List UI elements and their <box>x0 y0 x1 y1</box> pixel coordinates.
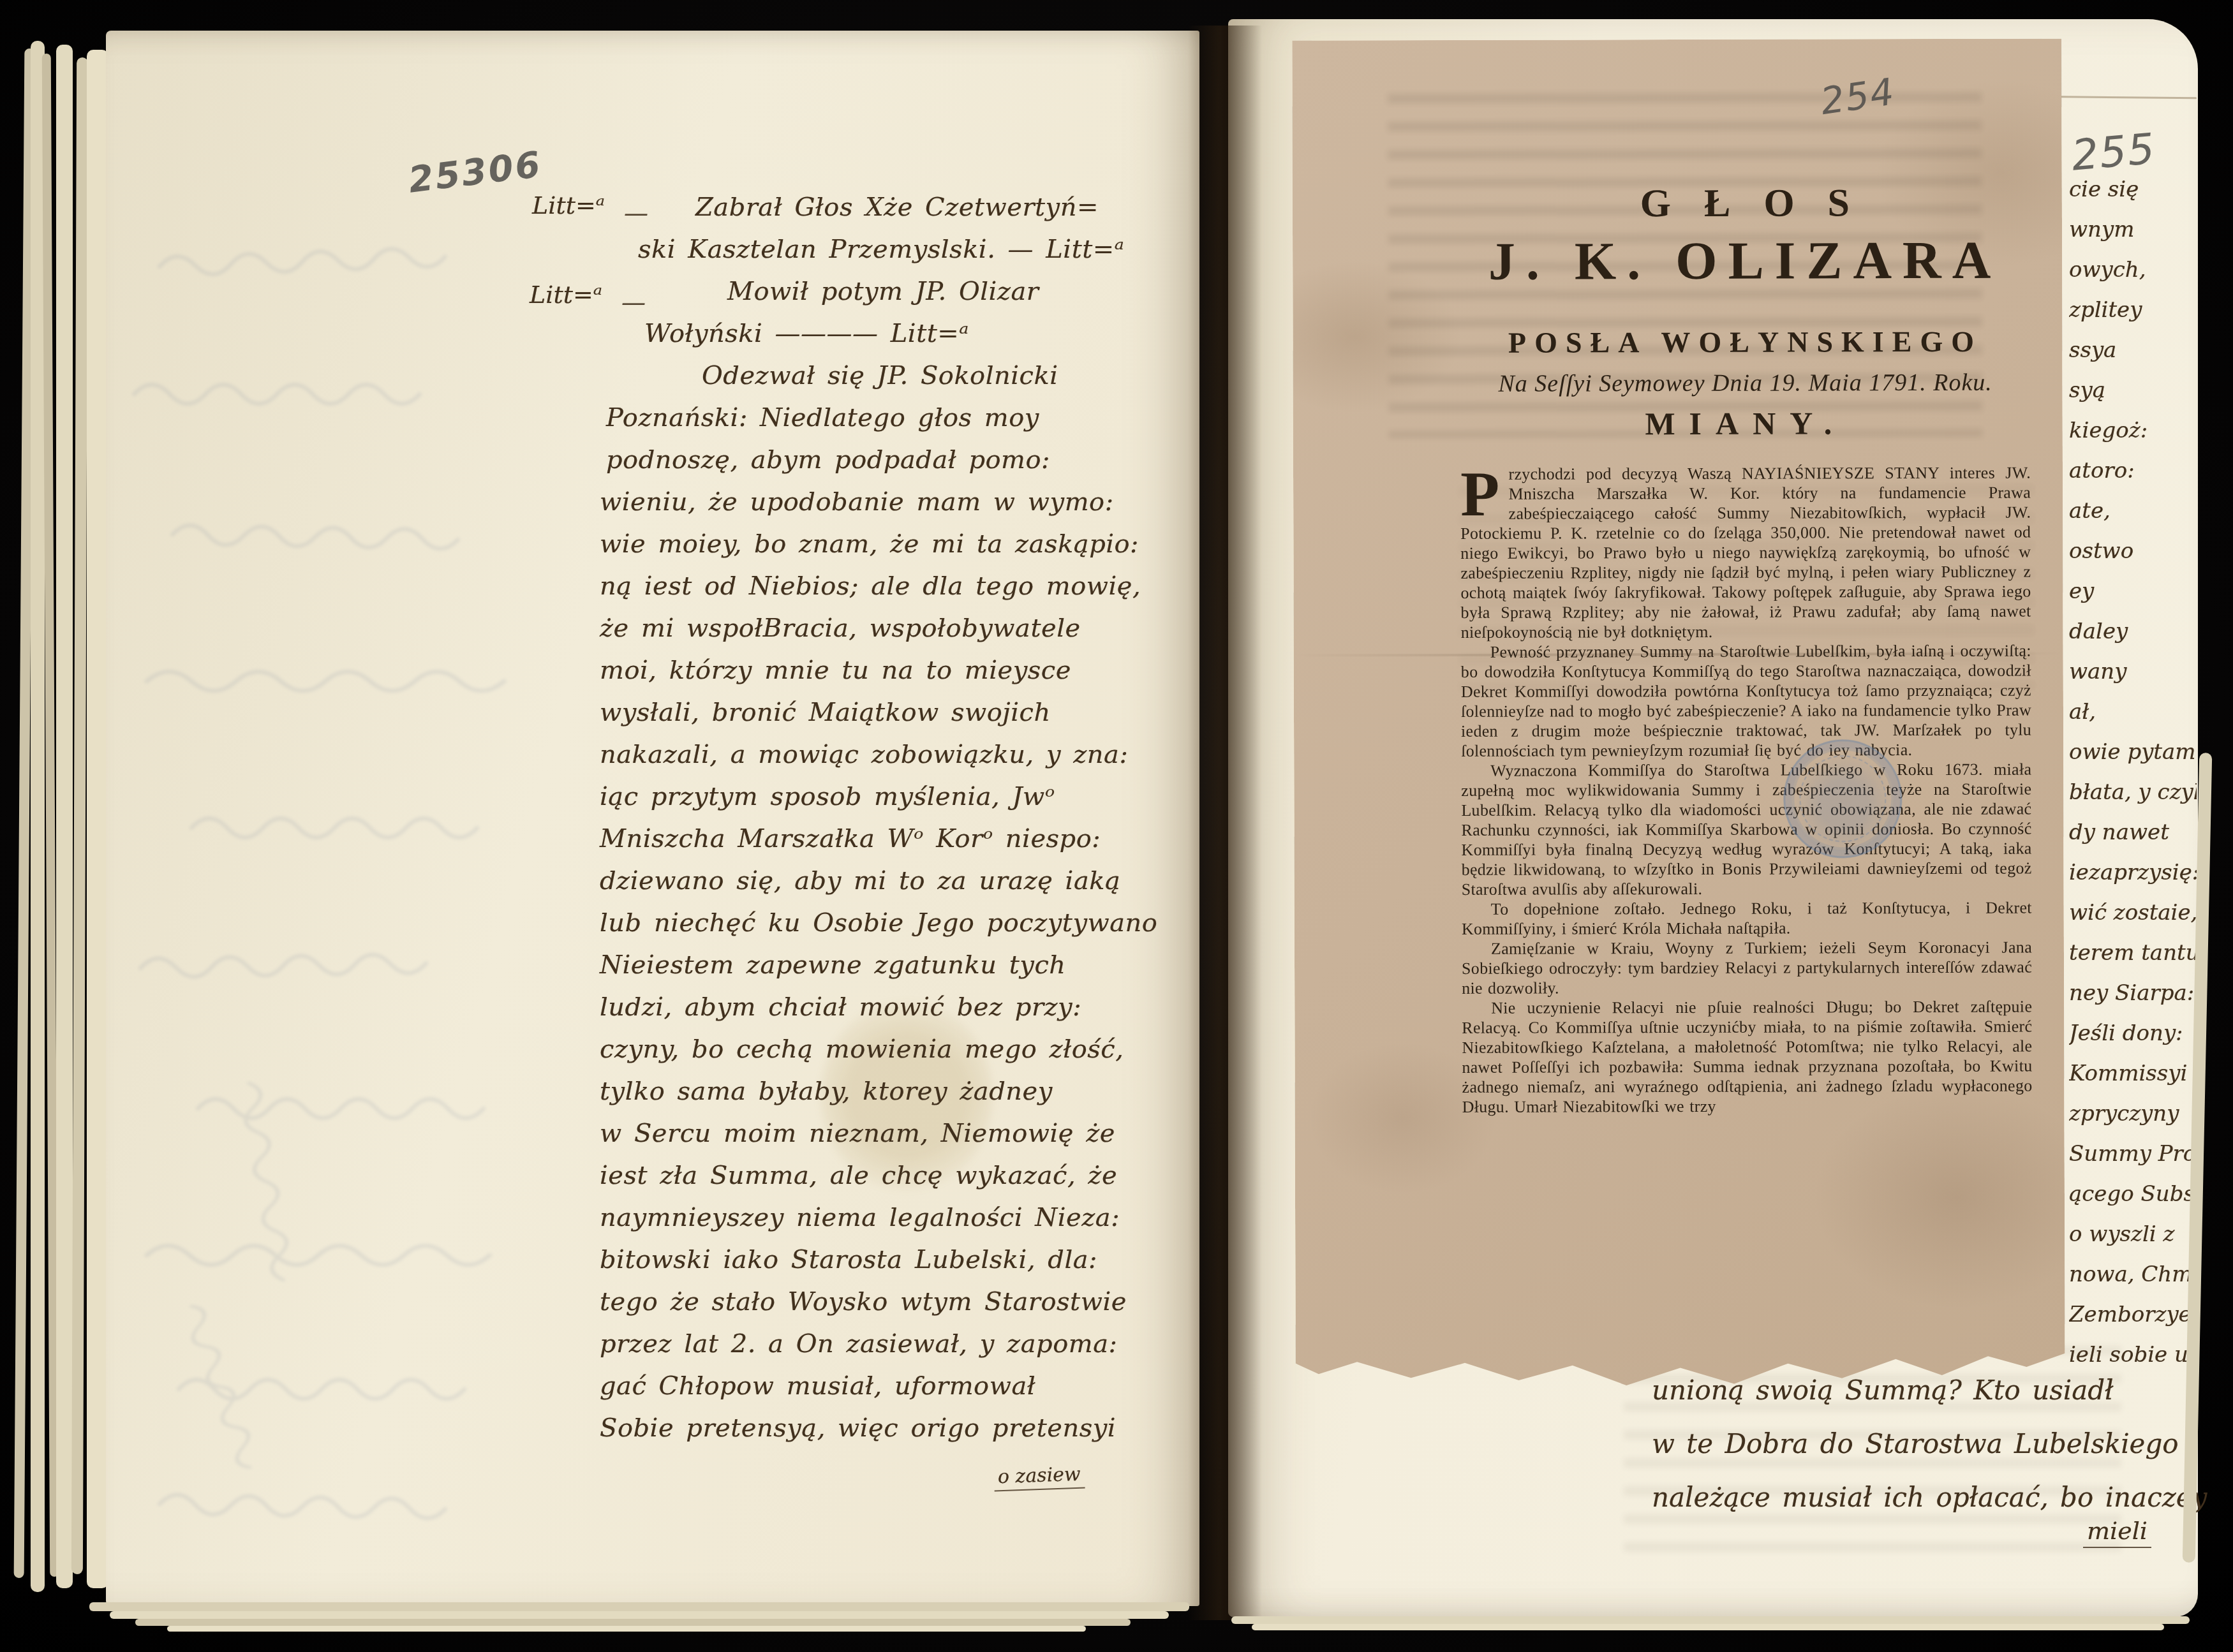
manuscript-fragment-line: ney Siarpa: <box>2069 973 2197 1014</box>
manuscript-fragment-line: zpryczyny <box>2069 1094 2197 1134</box>
manuscript-line: ną iest od Niebios; ale dla tego mowię, <box>600 565 1199 607</box>
manuscript-line: Sobie pretensyą, więc origo pretensyi <box>600 1407 1199 1449</box>
manuscript-fragment-line: dy nawet <box>2069 813 2197 853</box>
manuscript-fragment-line: ostwo <box>2069 531 2197 572</box>
manuscript-fragment-line: cie się <box>2069 170 2197 210</box>
pamphlet-paragraph: Zamięſzanie w Kraiu, Woyny z Turkiem; ie… <box>1462 938 2032 998</box>
manuscript-line: dziewano się, aby mi to za urazę iaką <box>600 860 1199 902</box>
manuscript-fragment-line: ssya <box>2069 330 2197 371</box>
pamphlet-paragraph: Wyznaczona Kommiſſya do Staroſtwa Lubelſ… <box>1461 760 2032 899</box>
manuscript-line: moi, którzy mnie tu na to mieysce <box>600 649 1199 691</box>
left-manuscript-page: 25306 Litt=ᵃ— Litt=ᵃ— Zabrał Głos Xże Cz… <box>106 31 1199 1606</box>
manuscript-line: czyny, bo cechą mowienia mego złość, <box>600 1028 1199 1070</box>
manuscript-fragment-line: Zemborzye <box>2069 1295 2197 1335</box>
manuscript-line: Mniszcha Marszałka Wᵒ Korᵒ niespo: <box>600 818 1199 860</box>
pamphlet-dateline: Na Seſſyi Seymowey Dnia 19. Maia 1791. R… <box>1460 369 2031 398</box>
pamphlet-paragraph: Pewność przyznaney Summy na Staroſtwie L… <box>1461 641 2031 761</box>
page-edge <box>135 1619 1131 1626</box>
pamphlet-heading-miany: MIANY. <box>1460 404 2031 443</box>
manuscript-fragment-line: syą <box>2069 371 2197 411</box>
manuscript-line: bitowski iako Starosta Lubelski, dla: <box>600 1239 1199 1281</box>
pamphlet-paragraph: To dopełnione zoſtało. Jednego Roku, i t… <box>1462 898 2032 939</box>
manuscript-line: ludzi, abym chciał mowić bez przy: <box>600 986 1199 1028</box>
manuscript-fragment-line: wić zostaie, <box>2069 893 2197 933</box>
manuscript-fragment-line: owych, <box>2069 250 2197 290</box>
page-edge <box>89 1602 1189 1611</box>
manuscript-line: lub niechęć ku Osobie Jego poczytywano <box>600 902 1199 944</box>
manuscript-line: tylko sama byłaby, ktorey żadney <box>600 1070 1199 1112</box>
pamphlet-title: GŁOS <box>1460 181 2030 227</box>
page-edge <box>1231 1616 2190 1624</box>
manuscript-line: Zabrał Głos Xże Czetwertyń= <box>600 186 1199 228</box>
pamphlet-body-text: Przychodzi pod decyzyą Waszą NAYIAŚNIEYS… <box>1460 463 2033 1117</box>
manuscript-line: iest zła Summa, ale chcę wykazać, że <box>600 1154 1199 1197</box>
catchword-right: mieli <box>2083 1517 2151 1548</box>
page-edge <box>56 45 73 1588</box>
manuscript-line: wie moiey, bo znam, że mi ta zaskąpio: <box>600 523 1199 565</box>
archival-number-pencil: 25306 <box>406 144 544 201</box>
manuscript-line: gać Chłopow musiał, uformował <box>600 1365 1199 1407</box>
manuscript-line: Nieiestem zapewne zgatunku tych <box>600 944 1199 986</box>
manuscript-text-block: Zabrał Głos Xże Czetwertyń=ski Kasztelan… <box>600 186 1199 1449</box>
manuscript-fragment-line: błata, y czyli <box>2069 772 2197 813</box>
margin-note-label: Litt=ᵃ <box>532 191 605 219</box>
manuscript-fragment-line: wany <box>2069 652 2197 692</box>
manuscript-fragment-line: nowa, Chmie. <box>2069 1255 2197 1295</box>
manuscript-fragment-line: ey <box>2069 572 2197 612</box>
manuscript-line: że mi wspołBracia, wspołobywatele <box>600 607 1199 649</box>
pamphlet-printed-area: GŁOS J. K. OLIZARA POSŁA WOŁYNSKIEGO Na … <box>1292 38 2064 1117</box>
manuscript-text-below-pamphlet: unioną swoią Summą? Kto usiadłw te Dobra… <box>1652 1364 2181 1524</box>
manuscript-line: tego że stało Woysko wtym Starostwie <box>600 1281 1199 1323</box>
archival-book-photo: 25306 Litt=ᵃ— Litt=ᵃ— Zabrał Głos Xże Cz… <box>0 0 2233 1652</box>
partially-hidden-manuscript-fragments: cie sięwnymowych,zpliteyssyasyąkiegoż:at… <box>2069 170 2197 1375</box>
page-edge <box>1252 1624 2164 1630</box>
book-fore-edge-stack <box>19 41 112 1601</box>
manuscript-line: wieniu, że upodobanie mam w wymo: <box>600 481 1199 523</box>
page-edge <box>110 1611 1169 1619</box>
manuscript-fragment-line: wnym <box>2069 210 2197 250</box>
manuscript-line: naymnieyszey niema legalności Nieza: <box>600 1197 1199 1239</box>
manuscript-fragment-line: zplitey <box>2069 290 2197 330</box>
manuscript-line: Mowił potym JP. Olizar <box>600 270 1199 313</box>
manuscript-line: ski Kasztelan Przemyslski. — Litt=ᵃ <box>600 228 1199 270</box>
manuscript-line: w te Dobra do Starostwa Lubelskiego <box>1652 1417 2181 1471</box>
pamphlet-paragraph: Nie uczynienie Relacyi nie pſuie realnoś… <box>1462 997 2032 1117</box>
page-edge <box>167 1626 1086 1632</box>
page-edge <box>87 50 108 1588</box>
margin-note-label: Litt=ᵃ <box>530 281 602 309</box>
manuscript-fragment-line: terem tantum <box>2069 933 2197 973</box>
manuscript-line: nakazali, a mowiąc zobowiązku, y zna: <box>600 734 1199 776</box>
manuscript-line: iąc przytym sposob myślenia, Jwᵒ <box>600 776 1199 818</box>
manuscript-fragment-line: ał, <box>2069 692 2197 732</box>
manuscript-fragment-line: ącego Subsep. <box>2069 1174 2197 1214</box>
manuscript-fragment-line: daley <box>2069 612 2197 652</box>
manuscript-fragment-line: o wyszli z <box>2069 1214 2197 1255</box>
printed-pamphlet: 254 GŁOS J. K. OLIZARA POSŁA WOŁYNSKIEGO… <box>1292 38 2065 1387</box>
manuscript-line: podnoszę, abym podpadał pomo: <box>600 439 1199 481</box>
manuscript-line: Poznański: Niedlatego głos moy <box>600 397 1199 439</box>
catchword-left: o zasiew <box>993 1463 1085 1492</box>
manuscript-fragment-line: ate, <box>2069 491 2197 531</box>
pamphlet-paragraph: Przychodzi pod decyzyą Waszą NAYIAŚNIEYS… <box>1460 463 2031 642</box>
manuscript-line: Wołyński ———— Litt=ᵃ <box>600 313 1199 355</box>
manuscript-fragment-line: kiegoż: <box>2069 411 2197 451</box>
manuscript-fragment-line: Jeśli dony: <box>2069 1014 2197 1054</box>
page-edge <box>71 57 88 1574</box>
book-gutter-shadow <box>1188 26 1262 1620</box>
manuscript-line: Odezwał się JP. Sokolnicki <box>600 355 1199 397</box>
manuscript-fragment-line: Kommissyi <box>2069 1054 2197 1094</box>
manuscript-line: wysłali, bronić Maiątkow swojich <box>600 691 1199 734</box>
manuscript-fragment-line: iezaprzysię: <box>2069 853 2197 893</box>
manuscript-fragment-line: Summy Pro: <box>2069 1134 2197 1174</box>
manuscript-line: przez lat 2. a On zasiewał, y zapoma: <box>600 1323 1199 1365</box>
pamphlet-subtitle: POSŁA WOŁYNSKIEGO <box>1460 325 2030 360</box>
manuscript-line: w Sercu moim nieznam, Niemowię że <box>600 1112 1199 1154</box>
manuscript-fragment-line: owie pytam <box>2069 732 2197 772</box>
manuscript-fragment-line: atoro: <box>2069 451 2197 491</box>
pamphlet-author-line: J. K. OLIZARA <box>1460 230 2030 293</box>
